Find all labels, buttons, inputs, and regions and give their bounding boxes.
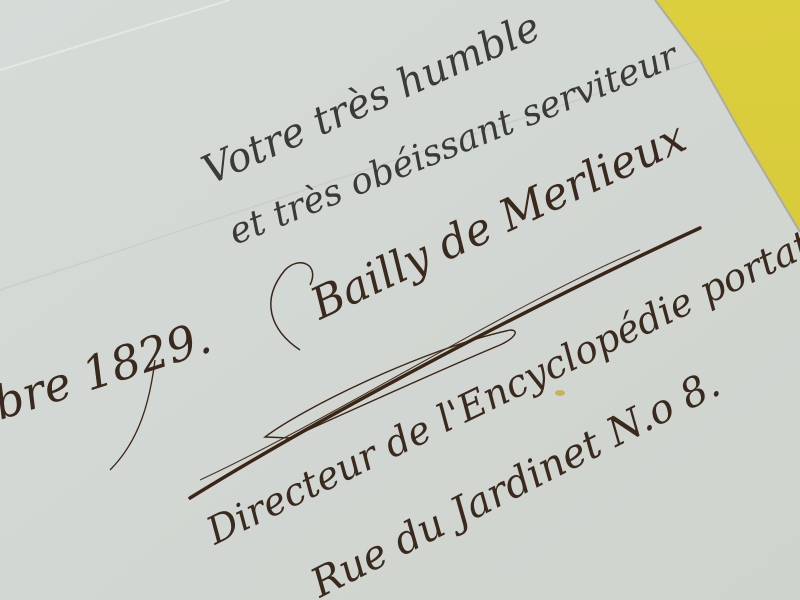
ink-stain xyxy=(555,390,565,396)
letter-photo: Votre très humble et très obéissant serv… xyxy=(0,0,800,600)
